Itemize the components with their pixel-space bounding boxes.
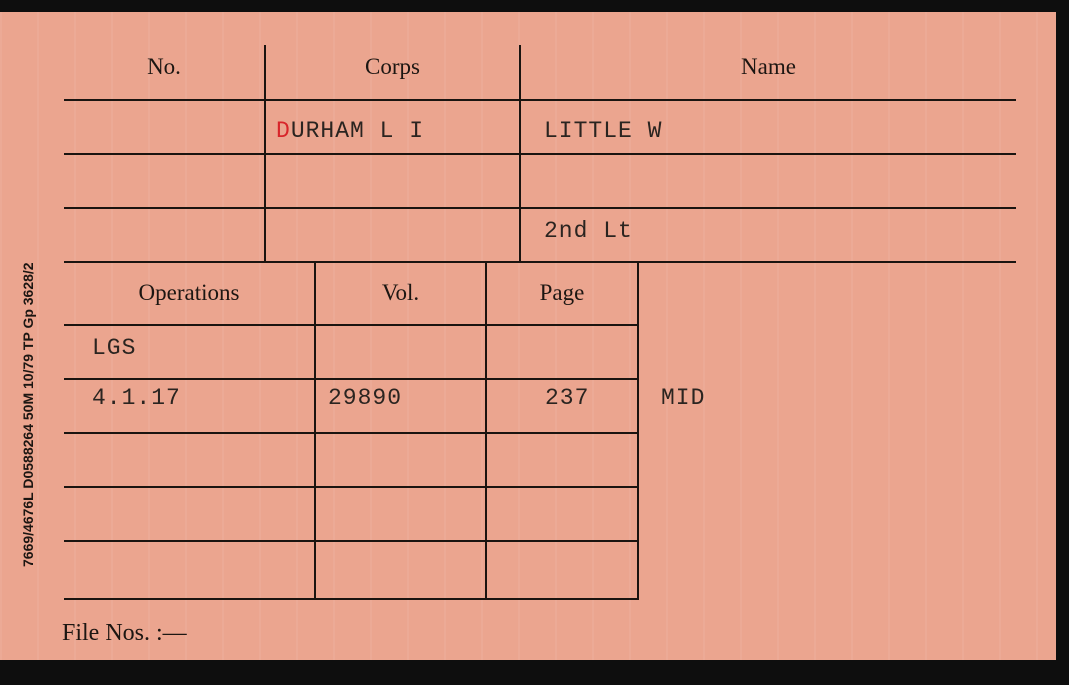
divider [64,540,638,542]
rank-value: 2nd Lt [544,218,633,244]
header-name: Name [521,54,1016,80]
divider [64,432,638,434]
divider [64,153,1016,155]
header-vol: Vol. [316,280,485,306]
corps-value: DURHAM L I [276,118,424,144]
divider [64,378,638,380]
header-page: Page [487,280,637,306]
divider [314,262,316,600]
header-no: No. [64,54,264,80]
award-note: MID [661,385,705,411]
vol-value: 29890 [328,385,402,411]
page-value: 237 [545,385,589,411]
divider [64,207,1016,209]
divider [64,598,638,600]
operation-value: LGS [92,335,136,361]
divider [64,99,1016,101]
divider [64,261,1016,263]
name-value: LITTLE W [544,118,662,144]
record-card: 7669/4676L D0588264 50M 10/79 TP Gp 3628… [0,12,1056,660]
divider [485,262,487,600]
operation-date: 4.1.17 [92,385,181,411]
side-print-code: 7669/4676L D0588264 50M 10/79 TP Gp 3628… [20,262,36,567]
header-corps: Corps [266,54,519,80]
header-operations: Operations [64,280,314,306]
divider [637,262,639,600]
file-nos-label: File Nos. :— [62,620,187,647]
corps-initial: D [276,118,291,144]
divider [64,486,638,488]
divider [64,324,638,326]
corps-rest: URHAM L I [291,118,424,144]
